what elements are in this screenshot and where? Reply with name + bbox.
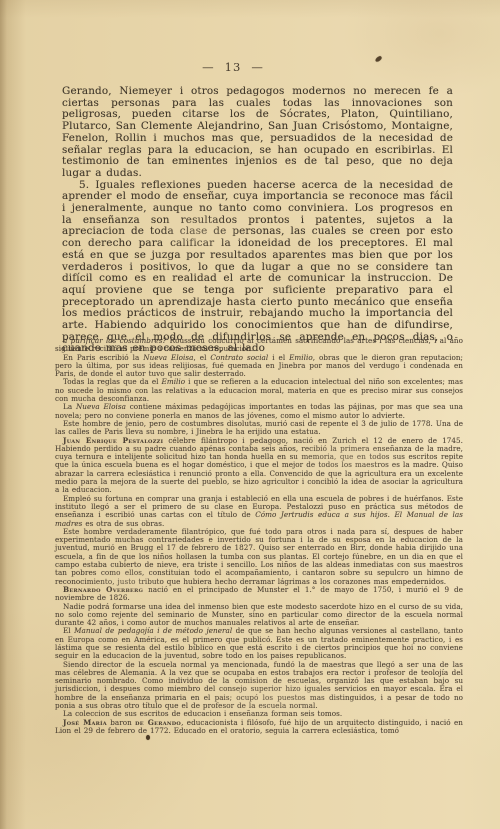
- footnote-paragraph: Nadie podrá formarse una idea del inmens…: [55, 603, 463, 628]
- text-segment: célebre filántropo i pedagogo, nació en …: [55, 436, 463, 495]
- footnote-paragraph: En Paris escribió la Nueva Eloisa, el Co…: [55, 354, 463, 379]
- footnote-paragraph: Empleó su fortuna en comprar una granja …: [55, 495, 463, 528]
- text-segment: Nadie podrá formarse una idea del inmens…: [55, 602, 463, 628]
- main-paragraph: 5. Iguales reflexiones pueden hacerse ac…: [62, 180, 453, 356]
- footnote-paragraph: El Manual de pedagojía i de método jener…: [55, 627, 463, 660]
- text-segment: Cómo Jertrudis educa a sus hijos: [255, 510, 387, 519]
- text-segment: Este hombre de jenio, pero de costumbres…: [55, 419, 463, 436]
- text-segment: Siendo director de la escuela normal ya …: [55, 660, 463, 710]
- scanned-book-page: —13— Gerando, Niemeyer i otros pedagogos…: [0, 0, 500, 829]
- footnote-paragraph: Juan Enrique Pestalozzi célebre filántro…: [55, 437, 463, 495]
- footnote-paragraph: Todas la reglas que da el Emilio i que s…: [55, 378, 463, 403]
- ink-speck: [146, 735, 150, 740]
- footnote-paragraph: Este hombre de jenio, pero de costumbres…: [55, 420, 463, 437]
- footnote-paragraph: a purificar las costumbres? Rousseau con…: [55, 337, 463, 354]
- page-header: —13—: [0, 60, 466, 74]
- footnotes-block: a purificar las costumbres? Rousseau con…: [55, 337, 463, 735]
- page-number: 13: [220, 60, 247, 74]
- text-segment: Gerando, Niemeyer i otros pedagogos mode…: [62, 85, 453, 179]
- header-dash-left: —: [197, 60, 220, 74]
- text-segment: Este hombre verdaderamente filantrópico,…: [55, 527, 463, 586]
- footnote-paragraph: Este hombre verdaderamente filantrópico,…: [55, 528, 463, 586]
- main-text-block: Gerando, Niemeyer i otros pedagogos mode…: [62, 86, 453, 355]
- header-dash-right: —: [246, 60, 269, 74]
- footnote-paragraph: La Nueva Eloisa contiene máximas pedagój…: [55, 403, 463, 420]
- footnote-paragraph: José María baron de Gerando, educacionis…: [55, 719, 463, 736]
- text-segment: 5. Iguales reflexiones pueden hacerse ac…: [62, 179, 453, 355]
- footnote-paragraph: Siendo director de la escuela normal ya …: [55, 661, 463, 711]
- footnote-paragraph: Bernardo Overberg nació en el principado…: [55, 586, 463, 603]
- text-segment: .: [388, 510, 395, 519]
- main-paragraph: Gerando, Niemeyer i otros pedagogos mode…: [62, 86, 453, 180]
